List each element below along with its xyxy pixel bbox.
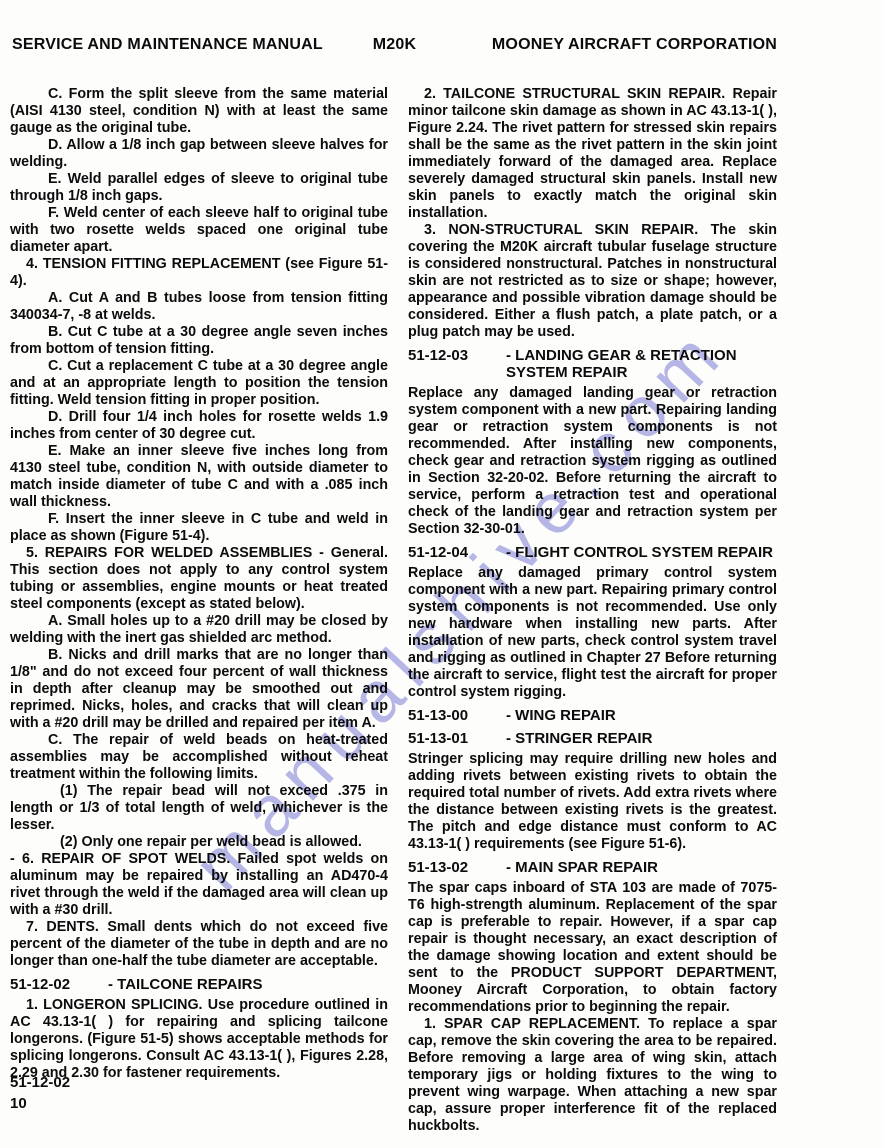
right-column: 2. TAILCONE STRUCTURAL SKIN REPAIR. Repa… [408,86,777,1135]
footer-section-number: 51-12-02 [10,1072,70,1093]
body-paragraph: 1. SPAR CAP REPLACEMENT. To replace a sp… [408,1016,777,1135]
body-paragraph: Replace any damaged landing gear or retr… [408,385,777,538]
body-paragraph: B. Nicks and drill marks that are no lon… [10,647,388,732]
section-number: 51-12-02 [10,976,108,993]
section-number: 51-13-01 [408,730,506,747]
body-paragraph: Stringer splicing may require drilling n… [408,751,777,853]
body-paragraph: E. Weld parallel edges of sleeve to orig… [10,171,388,205]
body-paragraph: F. Insert the inner sleeve in C tube and… [10,511,388,545]
section-heading: 51-12-04- FLIGHT CONTROL SYSTEM REPAIR [408,544,777,561]
body-paragraph: (1) The repair bead will not exceed .375… [10,783,388,834]
body-paragraph: 2. TAILCONE STRUCTURAL SKIN REPAIR. Repa… [408,86,777,222]
section-heading: 51-13-00- WING REPAIR [408,707,777,724]
body-paragraph: C. The repair of weld beads on heat-trea… [10,732,388,783]
page-header: SERVICE AND MAINTENANCE MANUAL M20K MOON… [12,36,777,54]
manual-page: SERVICE AND MAINTENANCE MANUAL M20K MOON… [0,0,884,1148]
section-number: 51-12-04 [408,544,506,561]
header-model: M20K [373,36,416,54]
section-number: 51-12-03 [408,347,506,381]
page-footer: 51-12-02 10 [10,1072,70,1114]
body-paragraph: C. Form the split sleeve from the same m… [10,86,388,137]
section-heading: 51-12-02- TAILCONE REPAIRS [10,976,388,993]
section-heading: 51-13-02- MAIN SPAR REPAIR [408,859,777,876]
body-paragraph: A. Small holes up to a #20 drill may be … [10,613,388,647]
body-paragraph: D. Drill four 1/4 inch holes for rosette… [10,409,388,443]
body-paragraph: 4. TENSION FITTING REPLACEMENT (see Figu… [10,256,388,290]
section-number: 51-13-02 [408,859,506,876]
body-paragraph: E. Make an inner sleeve five inches long… [10,443,388,511]
section-title: - WING REPAIR [506,707,777,724]
section-title: - STRINGER REPAIR [506,730,777,747]
section-title: - MAIN SPAR REPAIR [506,859,777,876]
body-paragraph: Replace any damaged primary control syst… [408,565,777,701]
body-paragraph: A. Cut A and B tubes loose from tension … [10,290,388,324]
header-manual-title: SERVICE AND MAINTENANCE MANUAL [12,36,373,54]
body-paragraph: 7. DENTS. Small dents which do not excee… [10,919,388,970]
body-paragraph: 3. NON-STRUCTURAL SKIN REPAIR. The skin … [408,222,777,341]
left-column: C. Form the split sleeve from the same m… [10,86,388,1082]
footer-page-number: 10 [10,1093,70,1114]
body-paragraph: (2) Only one repair per weld bead is all… [10,834,388,851]
body-paragraph: - 6. REPAIR OF SPOT WELDS. Failed spot w… [10,851,388,919]
section-title: - TAILCONE REPAIRS [108,976,388,993]
section-number: 51-13-00 [408,707,506,724]
section-heading: 51-13-01- STRINGER REPAIR [408,730,777,747]
body-paragraph: 1. LONGERON SPLICING. Use procedure outl… [10,997,388,1082]
section-title: - FLIGHT CONTROL SYSTEM REPAIR [506,544,777,561]
body-paragraph: B. Cut C tube at a 30 degree angle seven… [10,324,388,358]
header-company: MOONEY AIRCRAFT CORPORATION [416,36,777,54]
body-paragraph: F. Weld center of each sleeve half to or… [10,205,388,256]
body-paragraph: C. Cut a replacement C tube at a 30 degr… [10,358,388,409]
body-paragraph: D. Allow a 1/8 inch gap between sleeve h… [10,137,388,171]
body-paragraph: 5. REPAIRS FOR WELDED ASSEMBLIES - Gener… [10,545,388,613]
section-heading: 51-12-03- LANDING GEAR & RETACTION SYSTE… [408,347,777,381]
section-title: - LANDING GEAR & RETACTION SYSTEM REPAIR [506,347,777,381]
body-paragraph: The spar caps inboard of STA 103 are mad… [408,880,777,1016]
